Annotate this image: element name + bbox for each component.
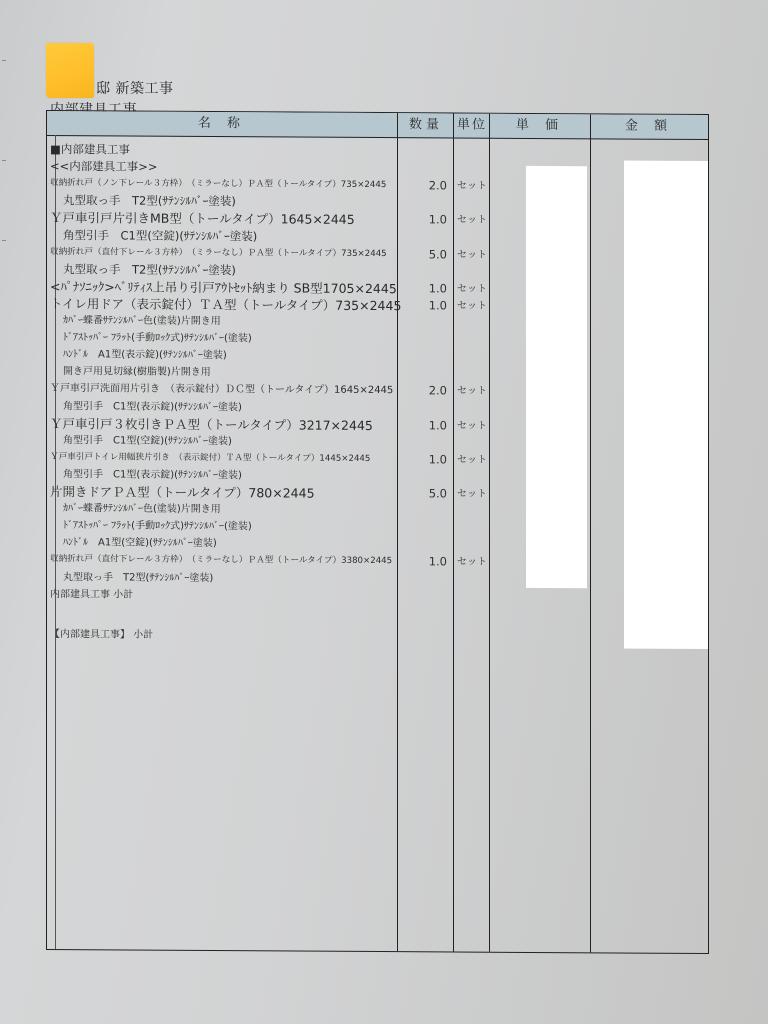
header-unit: 単位 bbox=[454, 113, 490, 137]
item-name: 内部建具工事 小計 bbox=[50, 586, 133, 604]
item-unit: セット bbox=[457, 451, 487, 468]
sticky-note-redaction bbox=[46, 43, 94, 98]
header-unit-price: 単 価 bbox=[490, 114, 590, 139]
item-unit: セット bbox=[457, 486, 487, 503]
item-quantity: 2.0 bbox=[399, 177, 447, 194]
item-quantity: 5.0 bbox=[399, 485, 447, 502]
item-unit: セット bbox=[457, 383, 487, 400]
item-name: 丸型取っ手 T2型(ｻﾃﾝｼﾙﾊﾞｰ塗装) bbox=[63, 261, 236, 279]
item-name: 片開きドアＰＡ型（トールタイプ）780×2445 bbox=[50, 483, 315, 502]
item-name: <<内部建具工事>> bbox=[50, 158, 158, 176]
item-name: ﾊﾝﾄﾞﾙ A1型(空錠)(ｻﾃﾝｼﾙﾊﾞｰ塗装) bbox=[63, 534, 217, 552]
item-unit: セット bbox=[457, 178, 487, 195]
item-name: 【内部建具工事】 小計 bbox=[50, 626, 153, 644]
punch-mark bbox=[2, 240, 6, 241]
amount-redaction bbox=[624, 161, 708, 650]
punch-mark bbox=[2, 160, 6, 161]
item-name: 収納折れ戸（直付下レール３方枠） （ミラーなし）ＰＡ型（トールタイプ）735×2… bbox=[50, 244, 387, 263]
item-name: 丸型取っ手 T2型(ｻﾃﾝｼﾙﾊﾞｰ塗装) bbox=[63, 192, 236, 210]
item-name: 丸型取っ手 T2型(ｻﾃﾝｼﾙﾊﾞｰ塗装) bbox=[63, 569, 213, 587]
item-unit: セット bbox=[457, 554, 487, 571]
table-header: 名 称 数量 単位 単 価 金 額 bbox=[47, 111, 708, 140]
item-name: 角型引手 C1型(空錠)(ｻﾃﾝｼﾙﾊﾞｰ塗装) bbox=[63, 432, 232, 450]
header-amount: 金 額 bbox=[590, 114, 708, 139]
item-name: Ｙ戸車引戸トイレ用幅狭片引き （表示錠付）ＴＡ型（トールタイプ）1445×244… bbox=[50, 449, 370, 468]
item-quantity: 1.0 bbox=[399, 417, 447, 434]
item-name: 角型引手 C1型(空錠)(ｻﾃﾝｼﾙﾊﾞｰ塗装) bbox=[63, 227, 257, 245]
item-name: ｶﾊﾞｰ蝶番ｻﾃﾝｼﾙﾊﾞｰ色(塗装)片開き用 bbox=[63, 312, 221, 330]
item-quantity: 1.0 bbox=[399, 297, 447, 314]
item-quantity: 1.0 bbox=[399, 451, 447, 468]
item-unit: セット bbox=[457, 212, 487, 229]
item-quantity: 5.0 bbox=[399, 246, 447, 263]
header-quantity: 数量 bbox=[398, 113, 454, 137]
project-title: 邸 新築工事 bbox=[96, 78, 173, 98]
item-quantity: 1.0 bbox=[399, 280, 447, 297]
unit-price-redaction bbox=[526, 166, 587, 588]
item-name: ﾄﾞｱｽﾄｯﾊﾟｰ ﾌﾗｯﾄ(手動ﾛｯｸ式)ｻﾃﾝｼﾙﾊﾞｰ(塗装) bbox=[63, 329, 252, 347]
item-unit: セット bbox=[457, 280, 487, 297]
item-name: ﾊﾝﾄﾞﾙ A1型(表示錠)(ｻﾃﾝｼﾙﾊﾞｰ塗装) bbox=[63, 346, 227, 364]
header-name: 名 称 bbox=[47, 111, 397, 137]
item-name: ■内部建具工事 bbox=[50, 141, 130, 158]
item-quantity: 2.0 bbox=[399, 383, 447, 400]
item-name: Ｙ戸車引戸洗面用片引き （表示錠付）ＤＣ型（トールタイプ）1645×2445 bbox=[50, 380, 393, 399]
item-name: 角型引手 C1型(表示錠)(ｻﾃﾝｼﾙﾊﾞｰ塗装) bbox=[63, 466, 242, 484]
item-name: Ｙ戸車引戸３枚引きＰＡ型（トールタイプ）3217×2445 bbox=[50, 415, 373, 434]
item-name: ﾄﾞｱｽﾄｯﾊﾟｰ ﾌﾗｯﾄ(手動ﾛｯｸ式)ｻﾃﾝｼﾙﾊﾞｰ(塗装) bbox=[63, 517, 252, 535]
table-row: 【内部建具工事】 小計 bbox=[47, 626, 710, 647]
estimate-table: 名 称 数量 単位 単 価 金 額 ■内部建具工事<<内部建具工事>>収納折れ戸… bbox=[46, 110, 709, 954]
item-name: ｶﾊﾞｰ蝶番ｻﾃﾝｼﾙﾊﾞｰ色(塗装)片開き用 bbox=[63, 500, 221, 518]
item-name: 収納折れ戸（直付下レール３方枠） （ミラーなし）ＰＡ型（トールタイプ）3380×… bbox=[50, 551, 392, 570]
item-name: 開き戸用見切縁(樹脂製)片開き用 bbox=[63, 363, 211, 381]
item-name: トイレ用ドア（表示錠付）ＴＡ型（トールタイプ）735×2445 bbox=[50, 295, 401, 314]
item-name: Ｙ戸車引戸片引きMB型（トールタイプ）1645×2445 bbox=[50, 209, 355, 228]
item-unit: セット bbox=[457, 417, 487, 434]
item-name: 角型引手 C1型(表示錠)(ｻﾃﾝｼﾙﾊﾞｰ塗装) bbox=[63, 398, 242, 416]
punch-mark bbox=[2, 60, 6, 61]
item-quantity: 1.0 bbox=[399, 554, 447, 571]
item-unit: セット bbox=[457, 297, 487, 314]
item-name: 収納折れ戸（ノン下レール３方枠） （ミラーなし）ＰＡ型（トールタイプ）735×2… bbox=[50, 175, 386, 194]
item-name: <ﾊﾟﾅｿﾆｯｸ>ﾍﾞﾘﾃｨｽ上吊り引戸ｱｳﾄｾｯﾄ納まり SB型1705×24… bbox=[50, 278, 397, 297]
item-unit: セット bbox=[457, 246, 487, 263]
item-quantity: 1.0 bbox=[399, 212, 447, 229]
table-row bbox=[47, 603, 710, 624]
